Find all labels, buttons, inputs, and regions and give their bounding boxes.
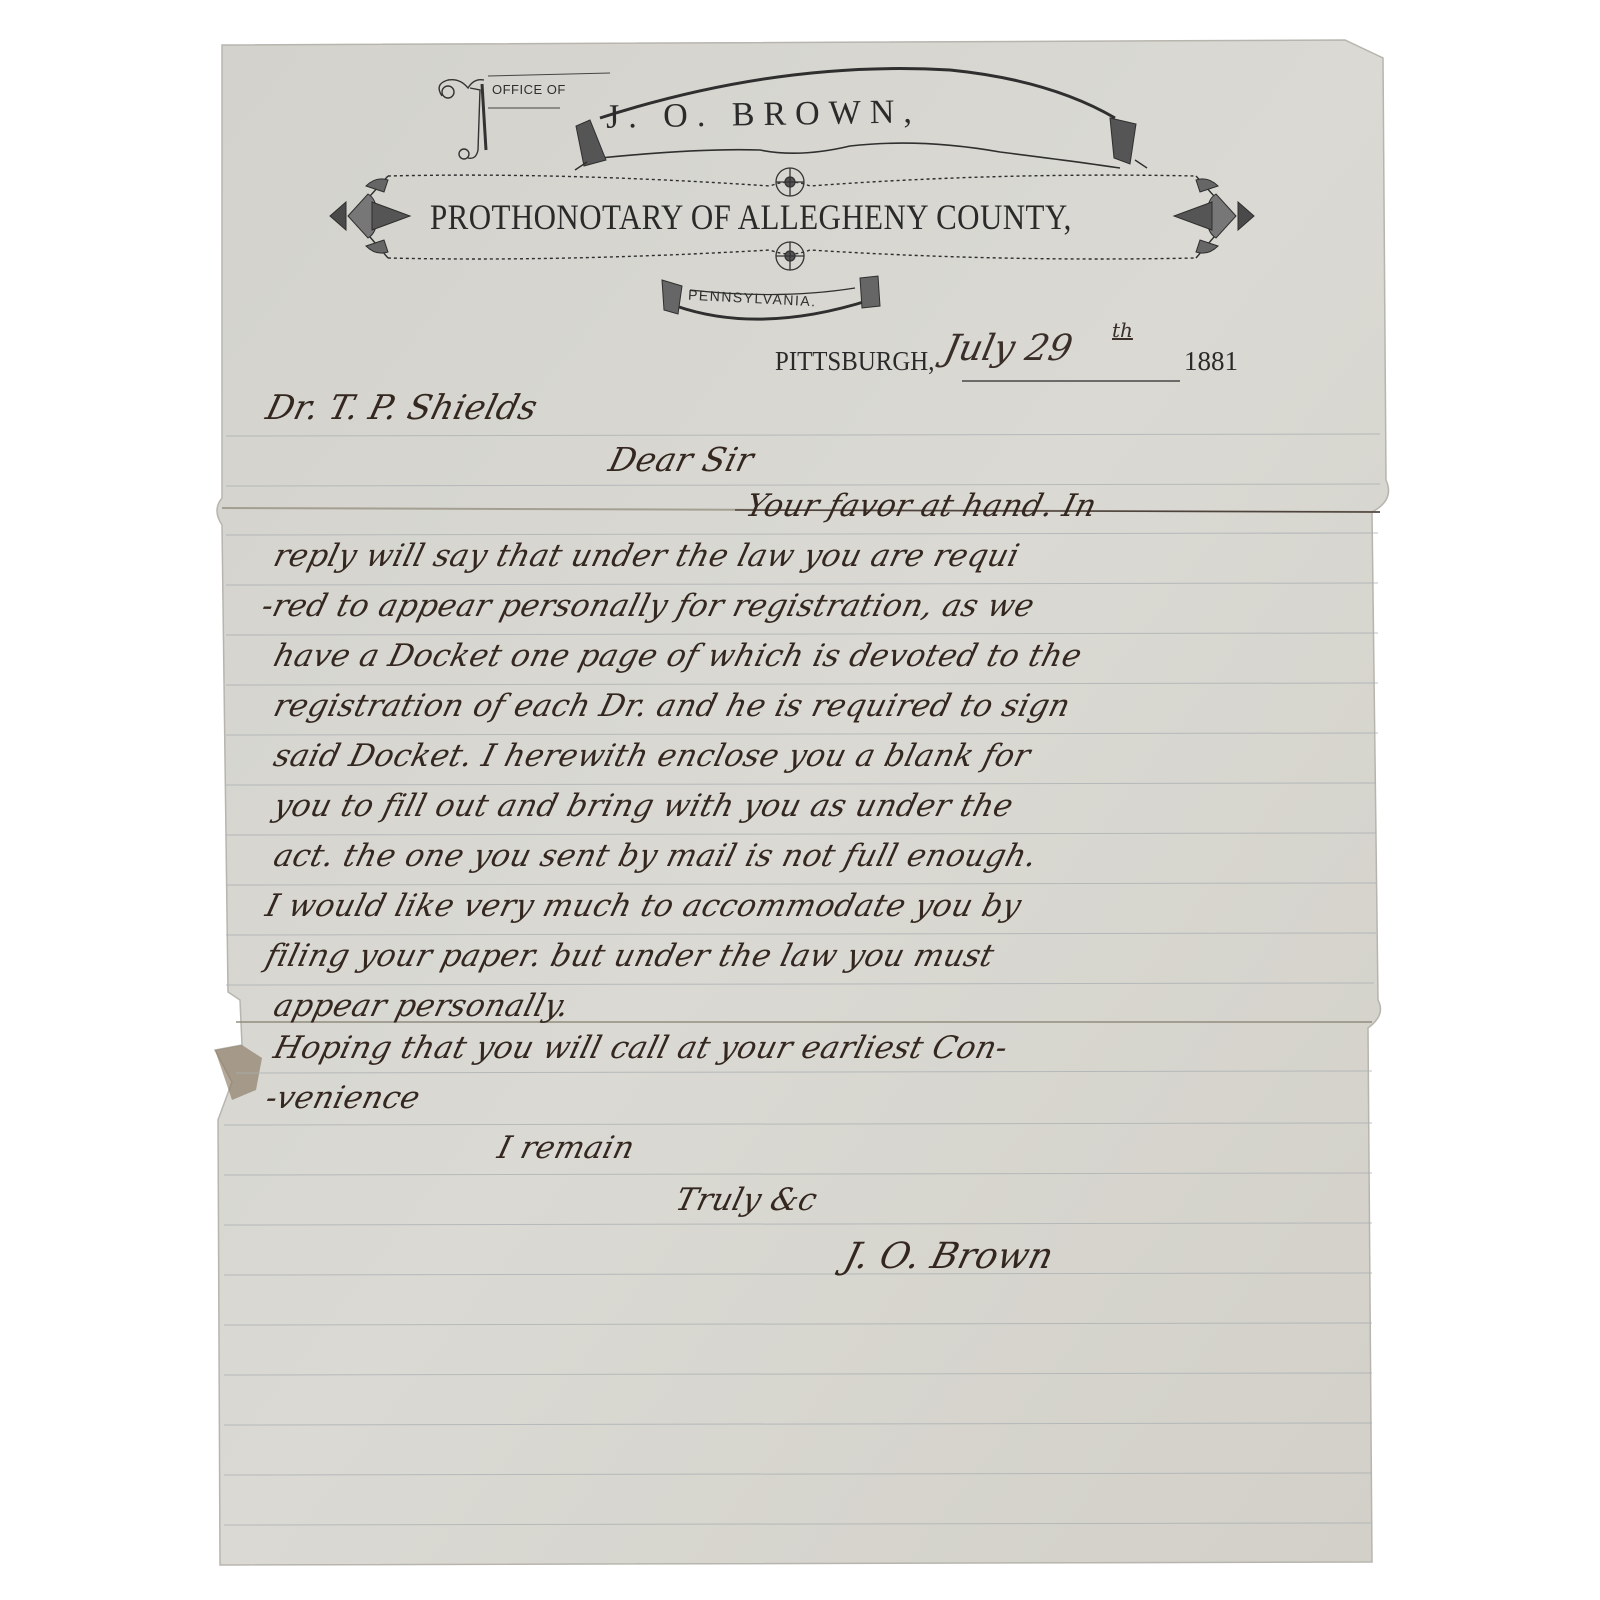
body-line: said Docket. I herewith enclose you a bl…: [270, 738, 1034, 774]
body-line: registration of each Dr. and he is requi…: [270, 688, 1074, 724]
body-line: have a Docket one page of which is devot…: [270, 638, 1086, 674]
letterhead-office-of: OFFICE OF: [492, 82, 566, 97]
body-line: I would like very much to accommodate yo…: [262, 888, 1025, 924]
body-line: Hoping that you will call at your earlie…: [270, 1030, 1012, 1066]
body-line: appear personally.: [270, 988, 573, 1024]
recipient-line: Dr. T. P. Shields: [262, 388, 542, 428]
rosette-icon: [776, 242, 804, 270]
letterhead-title: PROTHONOTARY OF ALLEGHENY COUNTY,: [430, 196, 1072, 238]
body-line: act. the one you sent by mail is not ful…: [270, 838, 1041, 874]
letter-sheet: OFFICE OF J. O. BROWN, PROTHONOTARY OF A…: [0, 0, 1600, 1600]
letterhead-year: 1881: [1184, 346, 1238, 377]
closing-truly: Truly &c: [672, 1182, 821, 1218]
body-line: reply will say that under the law you ar…: [270, 538, 1023, 574]
body-line: -venience: [262, 1080, 424, 1116]
date-suffix: th: [1112, 318, 1133, 342]
body-line: you to fill out and bring with you as un…: [270, 788, 1017, 824]
handwritten-date: July 29: [941, 328, 1076, 369]
letterhead-name: J. O. BROWN,: [606, 93, 921, 136]
body-line: filing your paper. but under the law you…: [262, 938, 998, 974]
letterhead-city: PITTSBURGH,: [775, 346, 934, 377]
signature: J. O. Brown: [840, 1236, 1058, 1277]
greeting-line: Dear Sir: [605, 440, 758, 479]
body-line: -red to appear personally for registrati…: [258, 588, 1038, 624]
body-line: Your favor at hand. In: [742, 488, 1100, 524]
closing-remain: I remain: [494, 1130, 638, 1166]
rosette-icon: [776, 168, 804, 196]
